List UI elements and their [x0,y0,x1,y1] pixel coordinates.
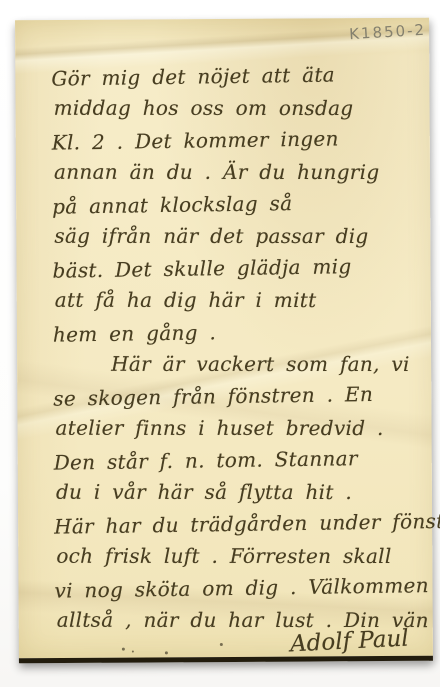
letter-line: hem en gång . [53,317,423,354]
letter-line: säg ifrån när det passar dig [54,224,424,256]
letter-line: se skogen från fönstren . En [53,381,423,418]
letter-line: och frisk luft . Förresten skall [56,544,426,576]
letter-line: på annat klockslag så [52,189,422,226]
letter-line: annan än du . Är du hungrig [54,160,424,192]
ink-speck [122,648,125,651]
letter-line: bäst. Det skulle glädja mig [52,253,422,290]
letter-line: vi nog sköta om dig . Välkommen [54,573,424,610]
letter-line: du i vår här så flytta hit . [56,480,426,512]
letter-page: K1850-2 Gör mig det nöjet att äta middag… [15,18,433,664]
letter-line: att få ha dig här i mitt [55,288,425,320]
letter-line: Här är vackert som fan, vi [55,352,425,384]
letter-line: Här har du trädgården under fönstren [54,509,424,546]
letter-line: atelier finns i huset bredvid . [56,416,426,448]
photo-background: K1850-2 Gör mig det nöjet att äta middag… [0,0,440,687]
ink-speck [220,643,223,646]
letter-line: Den står f. n. tom. Stannar [54,445,424,482]
letter-line: Kl. 2 . Det kommer ingen [52,125,422,162]
letter-line: middag hos oss om onsdag [54,96,424,128]
ink-speck [132,651,134,653]
ink-speck [165,651,168,654]
letter-body: Gör mig det nöjet att äta middag hos oss… [15,18,433,659]
letter-line: Gör mig det nöjet att äta [51,61,421,98]
